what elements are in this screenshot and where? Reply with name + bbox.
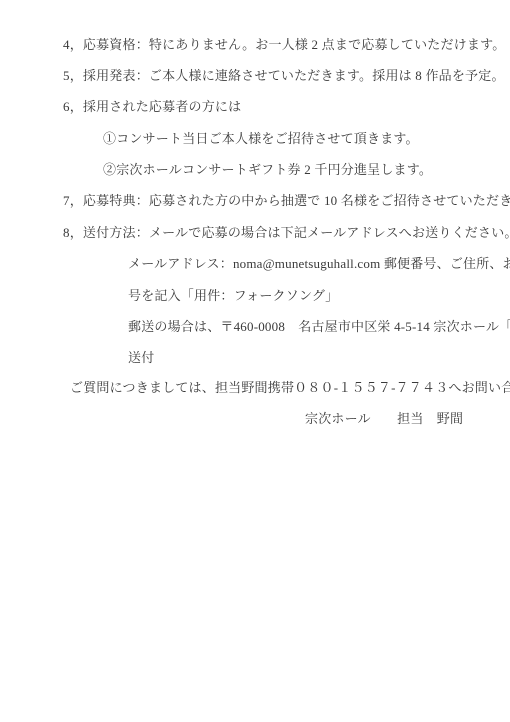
- document-page: 4，応募資格：特にありません。お一人様 2 点まで応募していただけます。 5，採…: [0, 0, 510, 722]
- list-item-4-application-eligibility: 4，応募資格：特にありません。お一人様 2 点まで応募していただけます。: [63, 38, 505, 52]
- postal-send-line: 送付: [128, 351, 154, 365]
- sub-item-2-gift-certificate: ②宗次ホールコンサートギフト券 2 千円分進呈します。: [103, 163, 432, 177]
- list-item-5-selection-announcement: 5，採用発表：ご本人様に連絡させていただきます。採用は 8 作品を予定。: [63, 69, 505, 83]
- list-item-6-selected-applicants: 6，採用された応募者の方には: [63, 100, 241, 114]
- postal-address-line: 郵送の場合は、〒460-0008 名古屋市中区栄 4-5-14 宗次ホール「フォ…: [128, 320, 510, 334]
- sub-item-1-concert-invitation: ①コンサート当日ご本人様をご招待させて頂きます。: [103, 132, 419, 146]
- signature-line: 宗次ホール 担当 野間: [305, 412, 463, 426]
- email-address-line: メールアドレス：noma@munetsuguhall.com 郵便番号、ご住所、…: [128, 257, 510, 271]
- subject-line: 号を記入「用件：フォークソング」: [128, 289, 338, 303]
- contact-phone-line: ご質問につきましては、担当野間携帯０８０-１５５７-７７４３へお問い合わせくださ…: [70, 381, 510, 395]
- list-item-8-submission-method: 8，送付方法：メールで応募の場合は下記メールアドレスへお送りください。: [63, 226, 510, 240]
- list-item-7-application-benefit: 7，応募特典：応募された方の中から抽選で 10 名様をご招待させていただきます。: [63, 194, 510, 208]
